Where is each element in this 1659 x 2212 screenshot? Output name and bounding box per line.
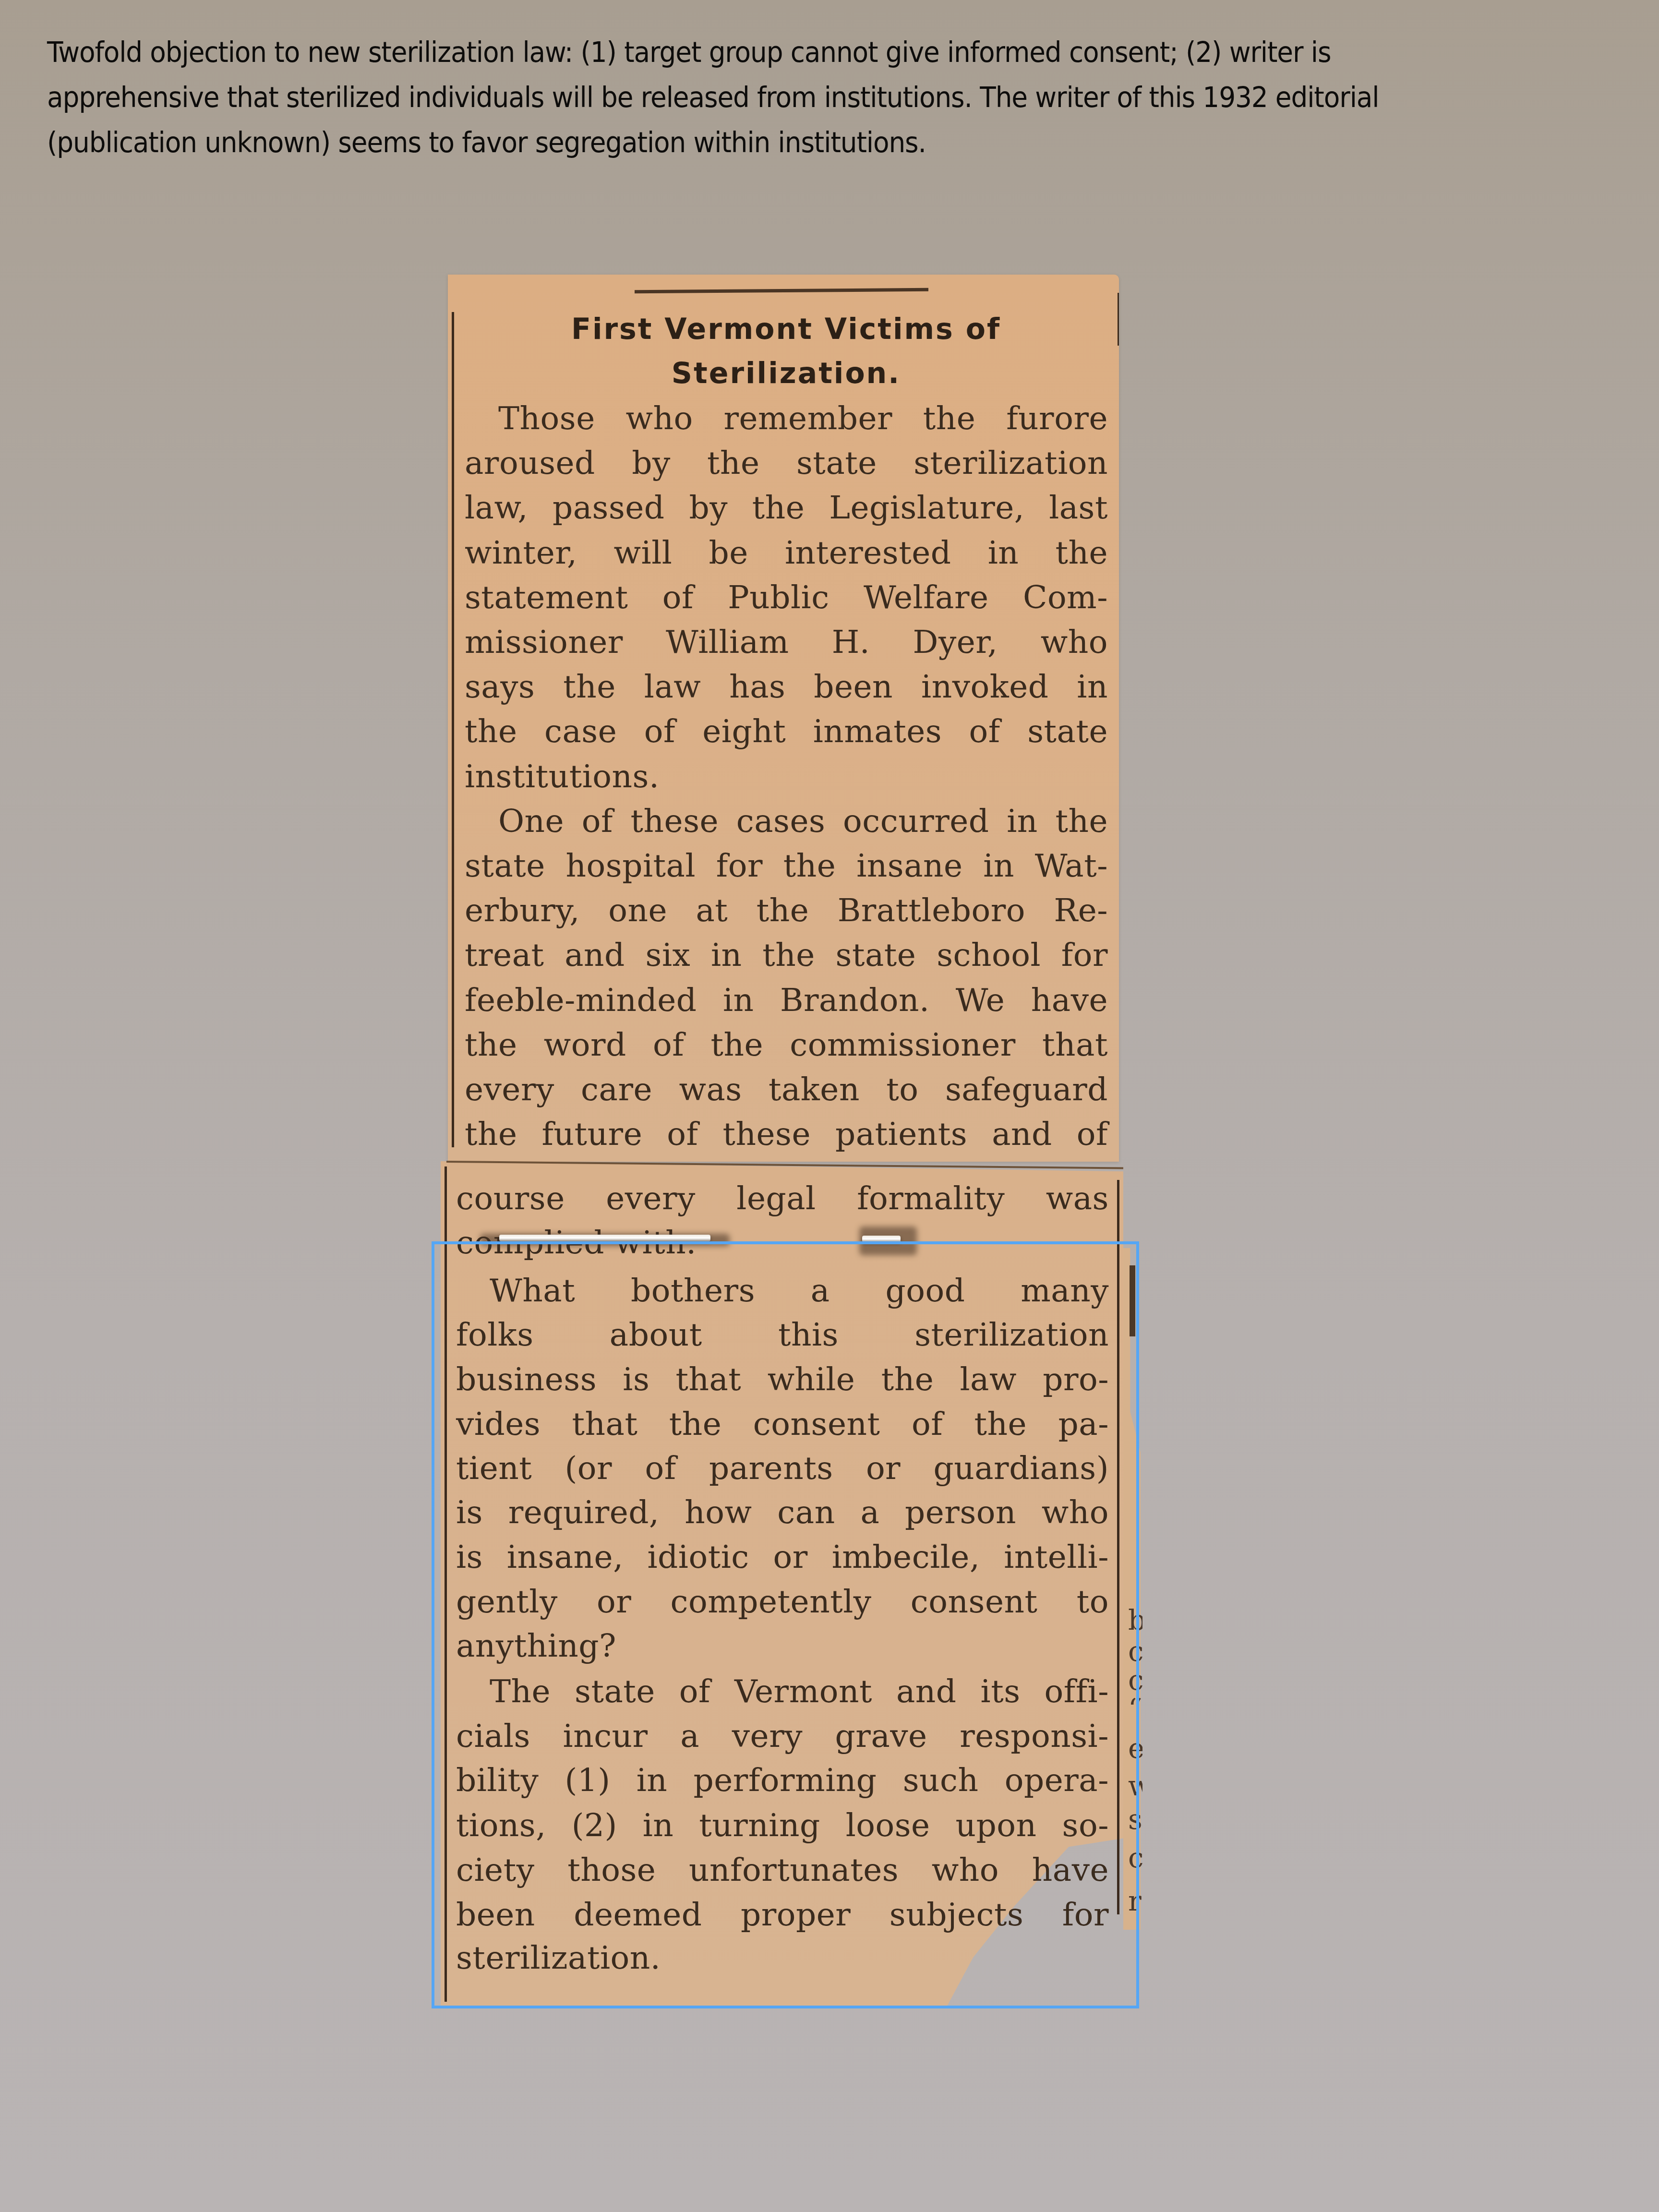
article-line: the future of these patients and of [465, 1116, 1108, 1153]
caption-line: apprehensive that sterilized individuals… [47, 75, 1520, 120]
article-line: One of these cases occurred in the [465, 803, 1108, 840]
article-line: the case of eight inmates of state [465, 713, 1108, 750]
headline-line-2: Sterilization. [454, 351, 1118, 396]
caption: Twofold objection to new sterilization l… [47, 30, 1520, 165]
article-line: winter, will be interested in the [465, 534, 1108, 571]
article-line: erbury, one at the Brattleboro Re- [465, 892, 1108, 929]
article-line: institutions. [465, 758, 1108, 795]
article-line: law, passed by the Legislature, last [465, 489, 1108, 526]
headline-line-1: First Vermont Victims of [454, 307, 1118, 351]
article-line: aroused by the state sterilization [465, 445, 1108, 481]
caption-line: Twofold objection to new sterilization l… [47, 30, 1520, 75]
article-line: Those who remember the furore [465, 400, 1108, 437]
article-line: missioner William H. Dyer, who [465, 624, 1108, 661]
article-line: statement of Public Welfare Com- [465, 579, 1108, 616]
column-rule-left-top [452, 312, 454, 1147]
article-line: every care was taken to safeguard [465, 1071, 1108, 1108]
caption-line: (publication unknown) seems to favor seg… [47, 120, 1520, 165]
article-line: state hospital for the insane in Wat- [465, 847, 1108, 884]
staple-left [499, 1235, 710, 1241]
selection-highlight-box [432, 1241, 1139, 2008]
article-line: treat and six in the state school for [465, 937, 1108, 974]
article-line: the word of the commissioner that [465, 1026, 1108, 1063]
article-line: says the law has been invoked in [465, 668, 1108, 705]
article-line: course every legal formality was [456, 1180, 1109, 1217]
article-line: feeble-minded in Brandon. We have [465, 982, 1108, 1019]
